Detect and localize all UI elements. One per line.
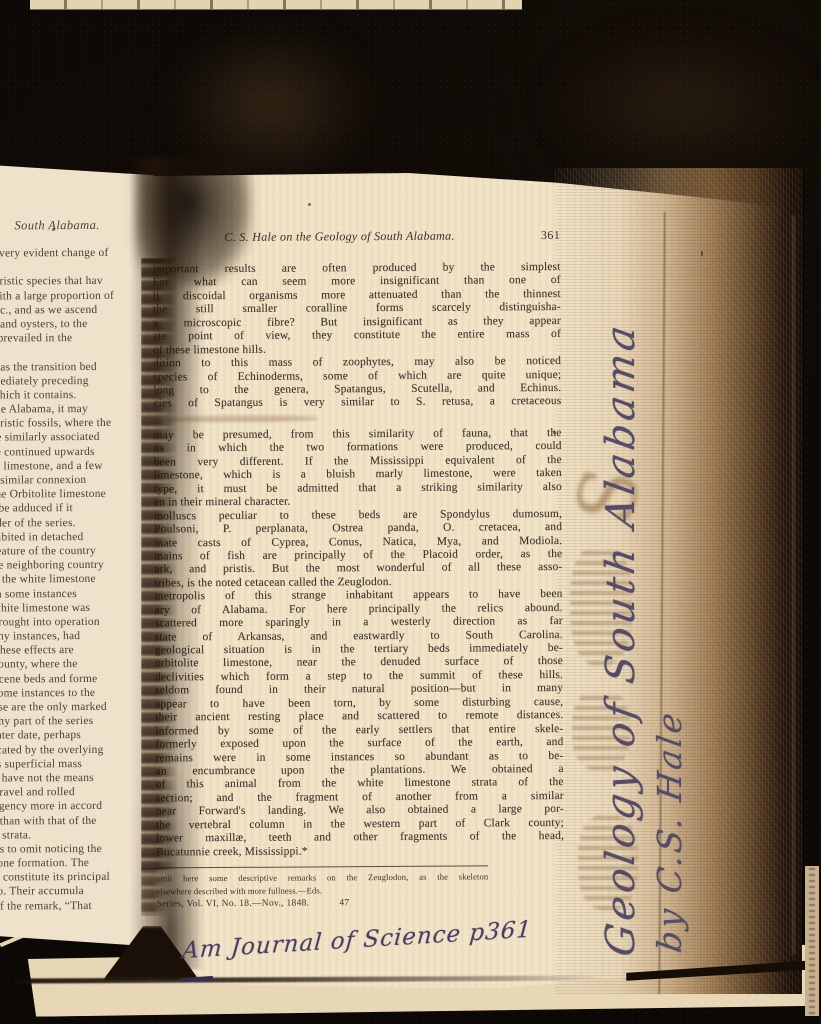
running-head-left: South Alabama. [14, 218, 99, 233]
left-margin-smudge [141, 868, 171, 916]
page-edge-highlight [792, 215, 795, 955]
printed-text-line: ark, and pristis. But the most wonderful… [154, 561, 562, 577]
article-body-lower: may be presumed, from this similarity of… [153, 427, 564, 859]
printed-text-line: type, it must be admitted that a strikin… [154, 481, 562, 497]
left-margin-smudge [141, 258, 179, 870]
book-edge-strip [805, 866, 819, 1016]
top-page-sliver [30, 0, 522, 10]
side-note-title: Geology of South Alabama [598, 380, 644, 959]
printed-text-line: Bucatunnie creek, Mississippi.* [156, 843, 564, 859]
printed-text-line: ate point of view, they constitute the e… [153, 328, 561, 344]
side-note-author: by C.S. Hale [650, 381, 689, 955]
printed-text-line: lower maxillæ, teeth and other fragments… [156, 830, 564, 846]
faint-print-artifact [163, 412, 463, 428]
handwritten-side-note: Geology of South Alabama by C.S. Hale [598, 384, 714, 956]
printed-text-line: cies of Spatangus is very similar to S. … [153, 395, 561, 411]
imprint-line: Series, Vol. VI, No. 18.—Nov., 1848. 47 [156, 897, 488, 909]
footnote: omit here some descriptive remarks on th… [156, 870, 488, 898]
signature-number: 47 [339, 898, 349, 908]
scan-speck [52, 228, 55, 231]
footnote-rule [156, 865, 488, 868]
scan-speck [553, 431, 556, 434]
photocopy-scan: S South Alabama. a very evident change o… [0, 0, 821, 1024]
scan-speck [308, 203, 311, 206]
footnote-line: omit here some descriptive remarks on th… [156, 870, 488, 885]
scan-speck [701, 251, 703, 256]
footnote-line: elsewhere described with more fullness.—… [156, 883, 488, 898]
